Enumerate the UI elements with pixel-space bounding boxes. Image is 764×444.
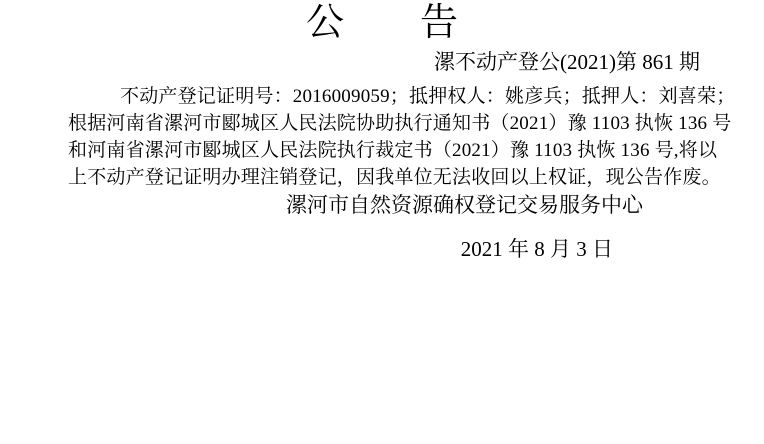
- issue-number: 漯不动产登公(2021)第 861 期: [434, 49, 700, 75]
- issuing-authority-signature: 漯河市自然资源确权登记交易服务中心: [286, 192, 643, 219]
- announcement-document: 公 告 漯不动产登公(2021)第 861 期 不动产登记证明号：2016009…: [0, 0, 764, 444]
- body-line-1: 不动产登记证明号：2016009059；抵押权人：姚彦兵；抵押人：刘喜荣；: [68, 84, 764, 110]
- document-title: 公 告: [0, 0, 764, 46]
- body-line-3: 和河南省漯河市郾城区人民法院执行裁定书（2021）豫 1103 执恢 136 号…: [68, 138, 748, 164]
- document-date: 2021 年 8 月 3 日: [461, 236, 613, 263]
- body-line-2: 根据河南省漯河市郾城区人民法院协助执行通知书（2021）豫 1103 执恢 13…: [68, 111, 748, 137]
- body-line-4: 上不动产登记证明办理注销登记，因我单位无法收回以上权证，现公告作废。: [68, 165, 748, 191]
